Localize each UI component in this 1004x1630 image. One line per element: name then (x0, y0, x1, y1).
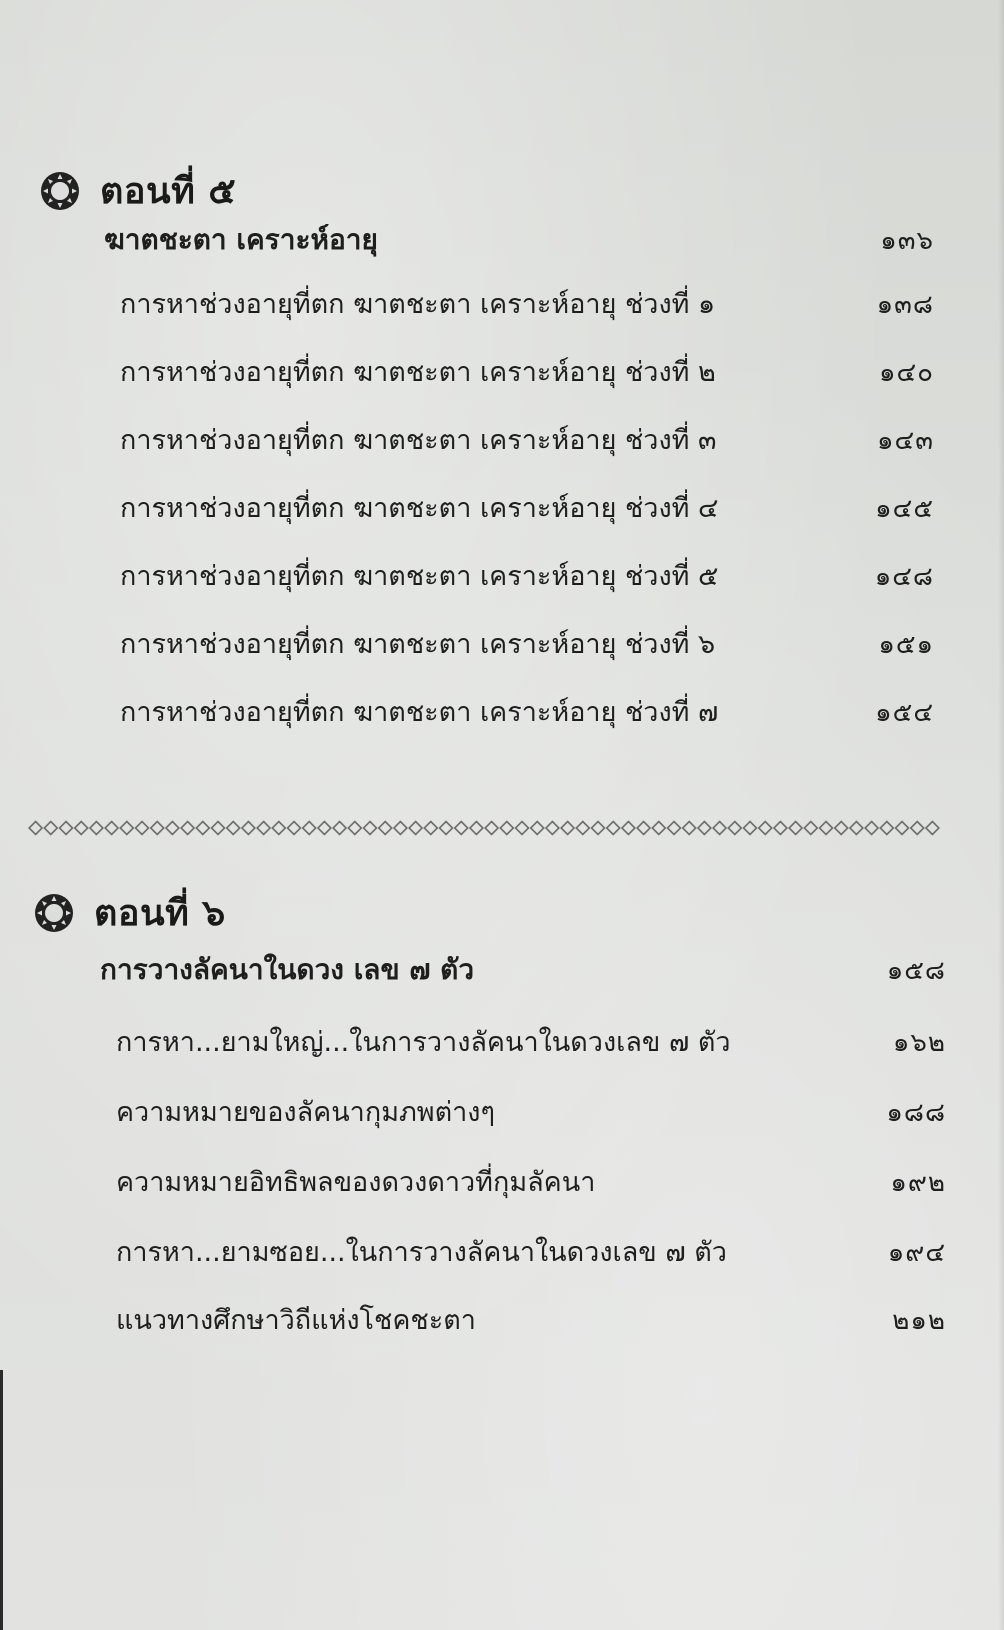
toc-entry[interactable]: การหาช่วงอายุที่ตก ฆาตชะตา เคราะห์อายุ ช… (120, 282, 934, 325)
entry-page-number: ๑๘๘ (886, 1092, 946, 1133)
chapter-6-heading: ตอนที่ ๖ (34, 884, 226, 941)
entry-label: การหาช่วงอายุที่ตก ฆาตชะตา เคราะห์อายุ ช… (120, 418, 716, 461)
entry-label: การหาช่วงอายุที่ตก ฆาตชะตา เคราะห์อายุ ช… (120, 554, 718, 597)
toc-entry[interactable]: การหาช่วงอายุที่ตก ฆาตชะตา เคราะห์อายุ ช… (120, 554, 934, 597)
toc-entry[interactable]: การหาช่วงอายุที่ตก ฆาตชะตา เคราะห์อายุ ช… (120, 622, 934, 665)
entry-page-number: ๑๓๖ (880, 220, 934, 261)
entry-page-number: ๑๔๕ (875, 488, 934, 529)
entry-label: ความหมายของลัคนากุมภพต่างๆ (116, 1090, 495, 1133)
entry-page-number: ๑๔๘ (875, 556, 934, 597)
diamond-chain-divider (28, 820, 940, 836)
entry-label: การหาช่วงอายุที่ตก ฆาตชะตา เคราะห์อายุ ช… (120, 486, 718, 529)
toc-entry[interactable]: การหา...ยามซอย...ในการวางลัคนาในดวงเลข ๗… (116, 1230, 946, 1273)
entry-page-number: ๑๕๔ (875, 692, 934, 733)
toc-entry[interactable]: การหา...ยามใหญ่...ในการวางลัคนาในดวงเลข … (116, 1020, 946, 1063)
toc-main-entry[interactable]: ฆาตชะตา เคราะห์อายุ ๑๓๖ (104, 218, 934, 262)
entry-page-number: ๑๖๒ (893, 1022, 946, 1063)
entry-label: ฆาตชะตา เคราะห์อายุ (104, 218, 378, 262)
toc-entry[interactable]: ความหมายของลัคนากุมภพต่างๆ ๑๘๘ (116, 1090, 946, 1133)
entry-page-number: ๑๙๒ (890, 1162, 946, 1203)
chapter-title: ตอนที่ ๖ (94, 884, 226, 941)
entry-label: การหาช่วงอายุที่ตก ฆาตชะตา เคราะห์อายุ ช… (120, 622, 715, 665)
entry-page-number: ๑๕๘ (887, 950, 946, 991)
entry-page-number: ๑๓๘ (877, 284, 934, 325)
chapter-title: ตอนที่ ๕ (100, 162, 236, 219)
entry-label: การหา...ยามใหญ่...ในการวางลัคนาในดวงเลข … (116, 1020, 731, 1063)
chapter-5-heading: ตอนที่ ๕ (40, 162, 236, 219)
toc-main-entry[interactable]: การวางลัคนาในดวง เลข ๗ ตัว ๑๕๘ (100, 948, 946, 992)
entry-page-number: ๑๕๑ (878, 624, 934, 665)
book-page: ตอนที่ ๕ ฆาตชะตา เคราะห์อายุ ๑๓๖ การหาช่… (0, 0, 1004, 1630)
sun-ornament-icon (40, 171, 80, 211)
entry-label: การหา...ยามซอย...ในการวางลัคนาในดวงเลข ๗… (116, 1230, 727, 1273)
entry-label: การวางลัคนาในดวง เลข ๗ ตัว (100, 948, 474, 992)
entry-label: ความหมายอิทธิพลของดวงดาวที่กุมลัคนา (116, 1160, 595, 1203)
toc-entry[interactable]: การหาช่วงอายุที่ตก ฆาตชะตา เคราะห์อายุ ช… (120, 690, 934, 733)
toc-entry[interactable]: การหาช่วงอายุที่ตก ฆาตชะตา เคราะห์อายุ ช… (120, 486, 934, 529)
entry-page-number: ๒๑๒ (892, 1300, 946, 1341)
entry-page-number: ๑๔๐ (879, 352, 934, 393)
entry-page-number: ๑๔๓ (877, 420, 934, 461)
entry-label: การหาช่วงอายุที่ตก ฆาตชะตา เคราะห์อายุ ช… (120, 690, 718, 733)
toc-entry[interactable]: ความหมายอิทธิพลของดวงดาวที่กุมลัคนา ๑๙๒ (116, 1160, 946, 1203)
toc-entry[interactable]: การหาช่วงอายุที่ตก ฆาตชะตา เคราะห์อายุ ช… (120, 418, 934, 461)
sun-ornament-icon (34, 893, 74, 933)
toc-entry[interactable]: แนวทางศึกษาวิถีแห่งโชคชะตา ๒๑๒ (116, 1298, 946, 1341)
entry-label: การหาช่วงอายุที่ตก ฆาตชะตา เคราะห์อายุ ช… (120, 282, 715, 325)
entry-page-number: ๑๙๔ (888, 1232, 946, 1273)
entry-label: การหาช่วงอายุที่ตก ฆาตชะตา เคราะห์อายุ ช… (120, 350, 716, 393)
entry-label: แนวทางศึกษาวิถีแห่งโชคชะตา (116, 1298, 476, 1341)
toc-entry[interactable]: การหาช่วงอายุที่ตก ฆาตชะตา เคราะห์อายุ ช… (120, 350, 934, 393)
